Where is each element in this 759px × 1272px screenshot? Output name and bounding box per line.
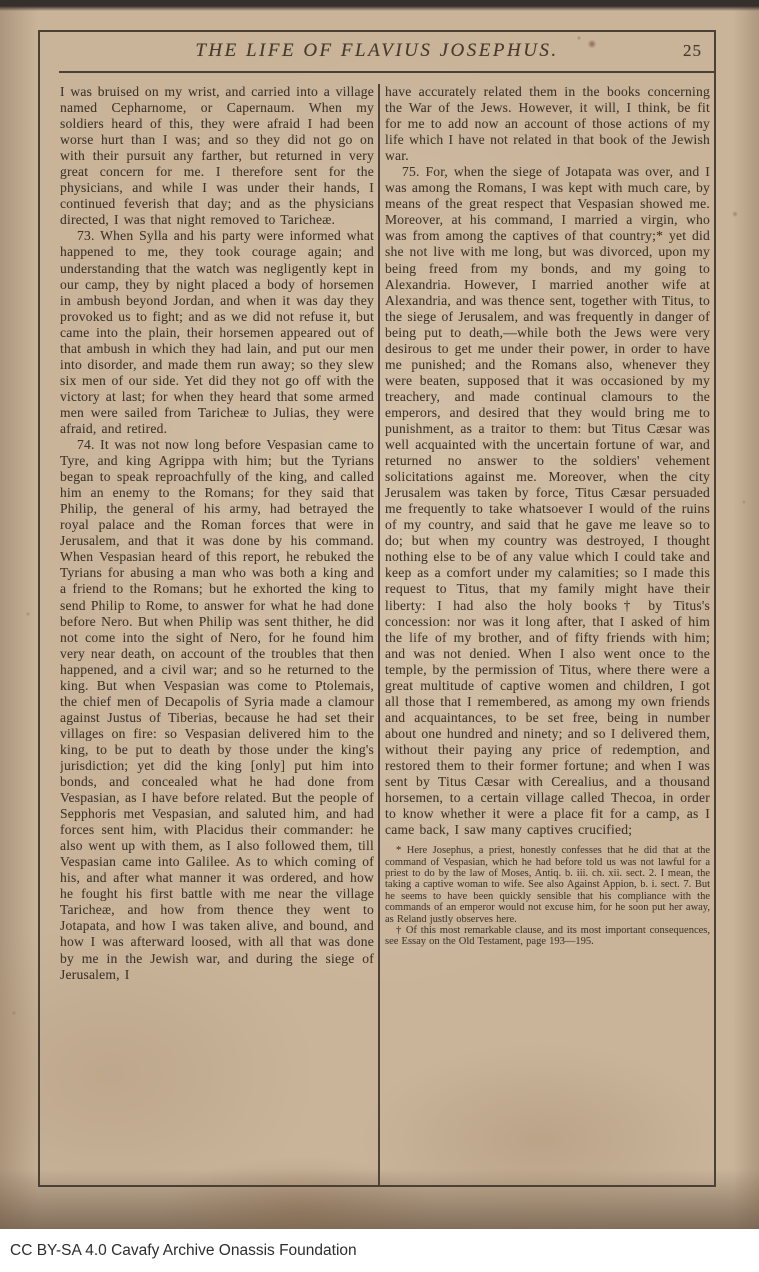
page-frame: THE LIFE OF FLAVIUS JOSEPHUS. 25 I was b… bbox=[38, 30, 716, 1187]
photo-top-edge bbox=[0, 0, 759, 11]
paragraph-73: 73. When Sylla and his party were inform… bbox=[60, 228, 374, 437]
footnote-dagger: † Of this most remarkable clause, and it… bbox=[385, 925, 710, 948]
paragraph-continuation: I was bruised on my wrist, and carried i… bbox=[60, 84, 374, 228]
page-number: 25 bbox=[683, 41, 702, 61]
left-column: I was bruised on my wrist, and carried i… bbox=[60, 84, 374, 1185]
paragraph-continuation: have accurately related them in the book… bbox=[385, 84, 710, 164]
footnote-asterisk: * Here Josephus, a priest, honestly conf… bbox=[385, 845, 710, 925]
right-column: have accurately related them in the book… bbox=[385, 84, 712, 1185]
running-head: THE LIFE OF FLAVIUS JOSEPHUS. bbox=[40, 40, 714, 62]
paragraph-75: 75. For, when the siege of Jotapata was … bbox=[385, 164, 710, 838]
book-page-scan: THE LIFE OF FLAVIUS JOSEPHUS. 25 I was b… bbox=[0, 0, 759, 1229]
text-columns: I was bruised on my wrist, and carried i… bbox=[60, 84, 712, 1185]
screenshot: THE LIFE OF FLAVIUS JOSEPHUS. 25 I was b… bbox=[0, 0, 759, 1272]
license-bar: CC BY-SA 4.0 Cavafy Archive Onassis Foun… bbox=[0, 1229, 759, 1272]
paragraph-74: 74. It was not now long before Vespasian… bbox=[60, 437, 374, 983]
footnotes: * Here Josephus, a priest, honestly conf… bbox=[385, 845, 710, 948]
license-text: CC BY-SA 4.0 Cavafy Archive Onassis Foun… bbox=[10, 1242, 357, 1260]
header-rule bbox=[59, 71, 714, 73]
page-head: THE LIFE OF FLAVIUS JOSEPHUS. 25 bbox=[40, 32, 714, 71]
column-divider-rule bbox=[378, 84, 380, 1185]
